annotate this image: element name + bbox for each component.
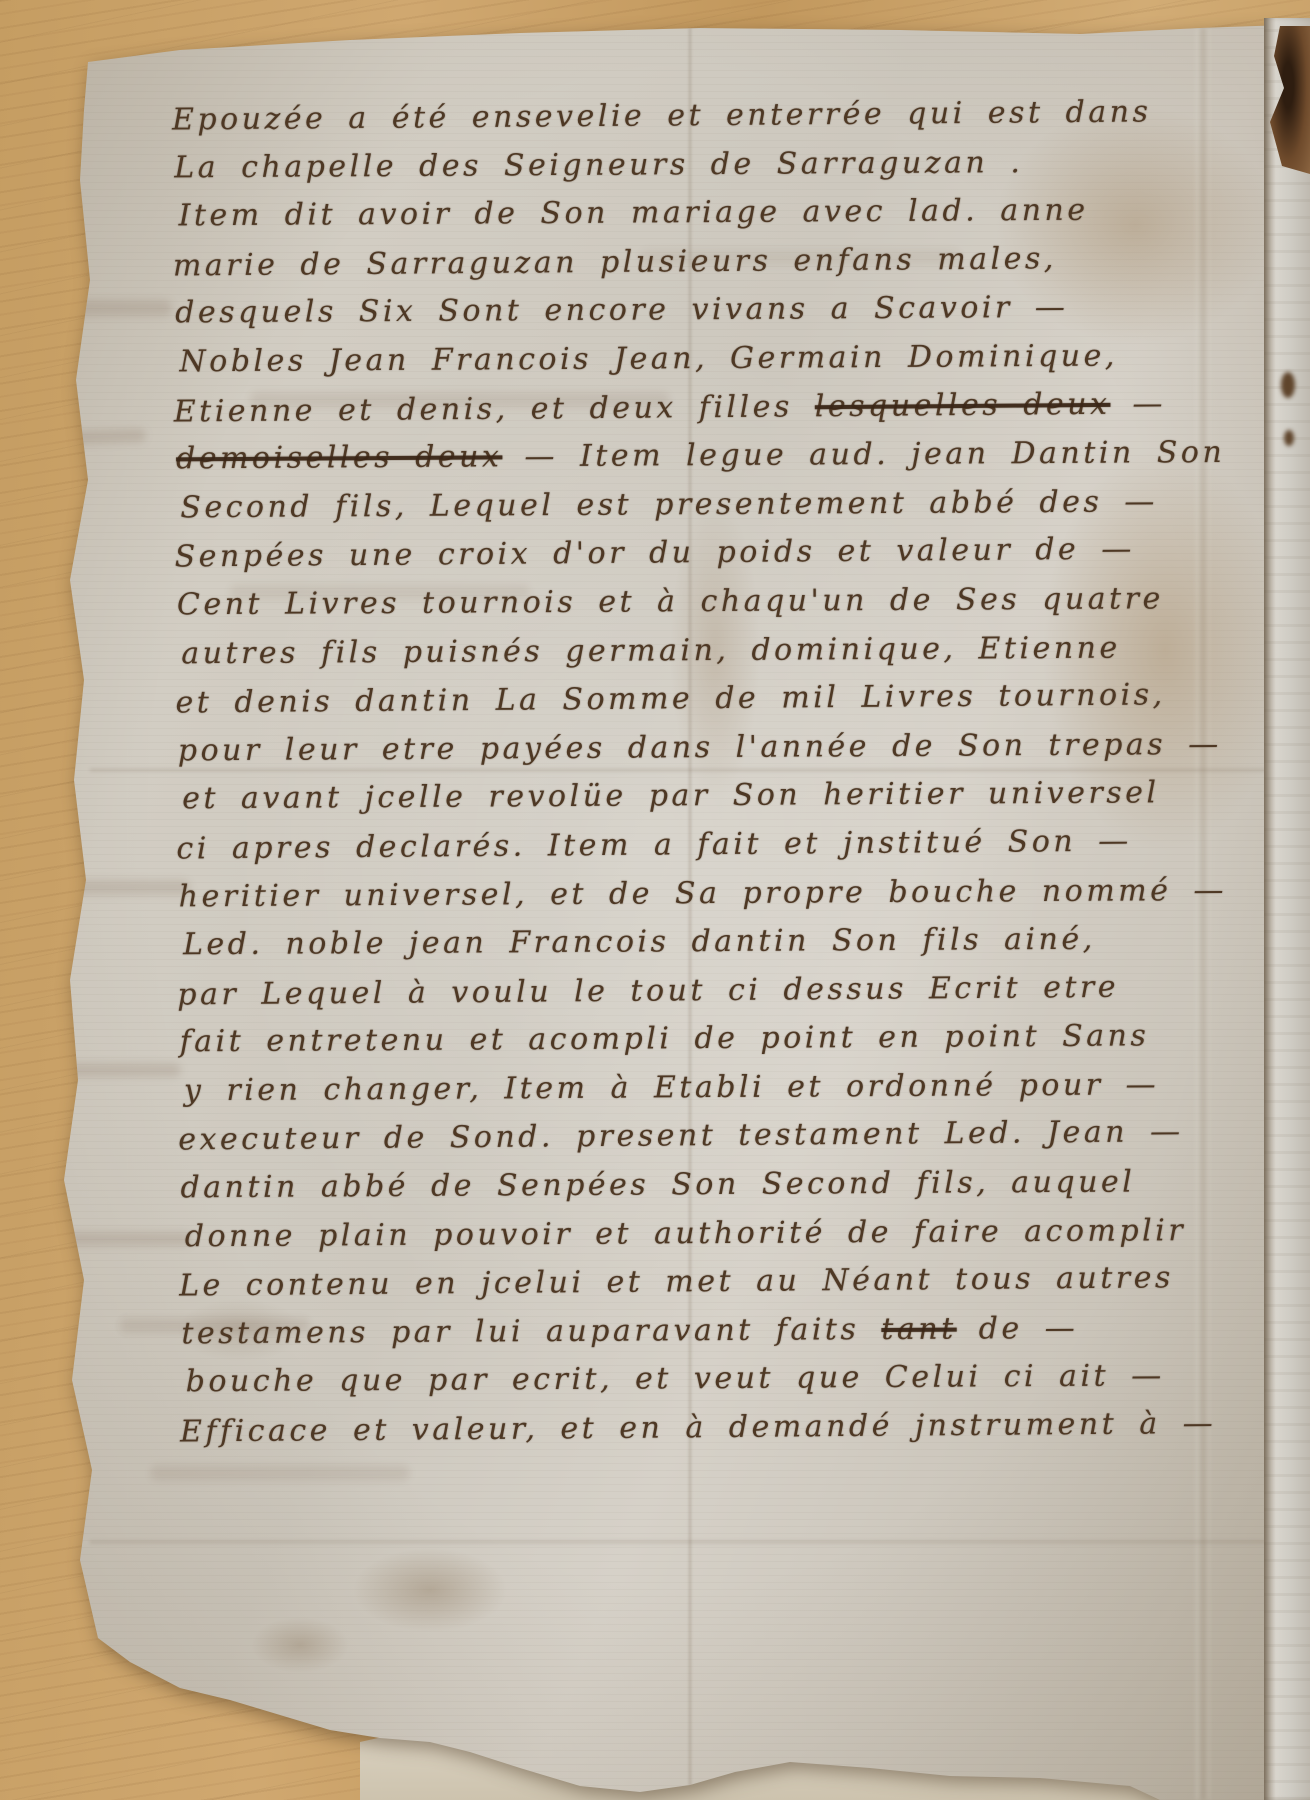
handwritten-text: et avant jcelle revolüe par Son heritier… bbox=[182, 776, 1160, 817]
manuscript-line: marie de Sarraguzan plusieurs enfans mal… bbox=[173, 233, 1265, 291]
manuscript-line: Etienne et denis, et deux filles lesquel… bbox=[174, 379, 1266, 437]
handwritten-text: Led. noble jean Francois dantin Son fils… bbox=[183, 922, 1096, 963]
handwritten-text: Efficace et valeur, et en à demandé jnst… bbox=[180, 1406, 1216, 1449]
manuscript-line: par Lequel à voulu le tout ci dessus Ecr… bbox=[177, 962, 1269, 1020]
manuscript-line: ci apres declarés. Item a fait et jnstit… bbox=[176, 816, 1268, 874]
handwritten-text: Cent Livres tournois et à chaqu'un de Se… bbox=[177, 581, 1164, 622]
manuscript-line: et denis dantin La Somme de mil Livres t… bbox=[175, 671, 1267, 729]
handwritten-text: Etienne et denis, et deux filles bbox=[174, 389, 815, 429]
manuscript-line: donne plain pouvoir et authorité de fair… bbox=[185, 1206, 1277, 1261]
handwritten-text: executeur de Sond. present testament Led… bbox=[178, 1115, 1184, 1158]
manuscript-page: Epouzée a été ensevelie et enterrée qui … bbox=[0, 0, 1310, 1800]
handwritten-text: Second fils, Lequel est presentement abb… bbox=[180, 484, 1158, 525]
handwritten-text: marie de Sarraguzan plusieurs enfans mal… bbox=[173, 241, 1057, 283]
handwritten-text: Le contenu en jcelui et met au Néant tou… bbox=[179, 1261, 1174, 1304]
manuscript-text: Epouzée a été ensevelie et enterrée qui … bbox=[174, 89, 1274, 1456]
handwritten-text: et denis dantin La Somme de mil Livres t… bbox=[175, 677, 1165, 720]
struck-text: tant bbox=[881, 1311, 957, 1346]
handwritten-text: La chapelle des Seigneurs de Sarraguzan … bbox=[174, 145, 1023, 185]
manuscript-line: pour leur etre payées dans l'année de So… bbox=[178, 720, 1270, 775]
page-edge-tear bbox=[1284, 430, 1294, 446]
handwritten-text: y rien changer, Item à Etabli et ordonné… bbox=[184, 1067, 1159, 1108]
manuscript-line: Led. noble jean Francois dantin Son fils… bbox=[183, 915, 1275, 970]
manuscript-line: Epouzée a été ensevelie et enterrée qui … bbox=[172, 88, 1264, 146]
handwritten-text: de — bbox=[957, 1311, 1079, 1347]
handwritten-text: pour leur etre payées dans l'année de So… bbox=[178, 727, 1222, 768]
handwritten-text: bouche que par ecrit, et veut que Celui … bbox=[186, 1359, 1165, 1400]
handwritten-text: Nobles Jean Francois Jean, Germain Domin… bbox=[179, 339, 1118, 380]
ink-showthrough bbox=[42, 300, 172, 316]
handwritten-text: Senpées une croix d'or du poids et valeu… bbox=[175, 532, 1135, 575]
ink-showthrough bbox=[46, 1063, 181, 1077]
handwritten-text: autres fils puisnés germain, dominique, … bbox=[181, 630, 1121, 671]
manuscript-line: La chapelle des Seigneurs de Sarraguzan … bbox=[174, 137, 1266, 192]
manuscript-line: dantin abbé de Senpées Son Second fils, … bbox=[180, 1158, 1272, 1213]
handwritten-text: par Lequel à voulu le tout ci dessus Ecr… bbox=[177, 969, 1119, 1012]
handwritten-text: heritier universel, et de Sa propre bouc… bbox=[179, 872, 1227, 913]
ink-showthrough bbox=[52, 1232, 192, 1246]
manuscript-line: testamens par lui auparavant faits tant … bbox=[181, 1303, 1273, 1358]
handwritten-text: desquels Six Sont encore vivans a Scavoi… bbox=[175, 290, 1068, 330]
manuscript-line: fait entretenu et acompli de point en po… bbox=[179, 1012, 1271, 1067]
manuscript-line: Cent Livres tournois et à chaqu'un de Se… bbox=[177, 575, 1269, 630]
handwritten-text: fait entretenu et acompli de point en po… bbox=[180, 1019, 1150, 1060]
handwritten-text: dantin abbé de Senpées Son Second fils, … bbox=[180, 1165, 1135, 1206]
handwritten-text: Epouzée a été ensevelie et enterrée qui … bbox=[172, 94, 1152, 137]
ink-showthrough bbox=[40, 880, 190, 895]
ink-showthrough bbox=[150, 1465, 410, 1481]
handwritten-text: — Item legue aud. jean Dantin Son bbox=[502, 435, 1225, 474]
manuscript-line: Second fils, Lequel est presentement abb… bbox=[180, 477, 1272, 532]
second-page-edge bbox=[1264, 18, 1310, 1800]
horizontal-crease bbox=[90, 1540, 1290, 1544]
manuscript-line: Le contenu en jcelui et met au Néant tou… bbox=[179, 1254, 1271, 1312]
manuscript-line: demoiselles deux — Item legue aud. jean … bbox=[176, 429, 1268, 484]
struck-text: lesquelles deux bbox=[815, 386, 1111, 423]
manuscript-line: y rien changer, Item à Etabli et ordonné… bbox=[184, 1061, 1276, 1116]
manuscript-line: Senpées une croix d'or du poids et valeu… bbox=[174, 525, 1266, 583]
handwritten-text: Item dit avoir de Son mariage avec lad. … bbox=[178, 193, 1088, 234]
manuscript-line: bouche que par ecrit, et veut que Celui … bbox=[186, 1352, 1278, 1407]
manuscript-line: autres fils puisnés germain, dominique, … bbox=[181, 623, 1273, 678]
manuscript-line: executeur de Sond. present testament Led… bbox=[178, 1108, 1270, 1166]
struck-text: demoiselles deux bbox=[176, 440, 503, 477]
manuscript-line: Nobles Jean Francois Jean, Germain Domin… bbox=[179, 332, 1271, 387]
handwritten-text: — bbox=[1110, 386, 1166, 421]
manuscript-line: Efficace et valeur, et en à demandé jnst… bbox=[180, 1400, 1272, 1458]
handwritten-text: donne plain pouvoir et authorité de fair… bbox=[185, 1213, 1187, 1254]
manuscript-line: Item dit avoir de Son mariage avec lad. … bbox=[178, 186, 1270, 241]
handwritten-text: testamens par lui auparavant faits bbox=[181, 1312, 881, 1351]
manuscript-line: desquels Six Sont encore vivans a Scavoi… bbox=[175, 283, 1267, 338]
manuscript-line: et avant jcelle revolüe par Son heritier… bbox=[182, 769, 1274, 824]
page-edge-tear bbox=[1281, 372, 1295, 398]
manuscript-page-wrapper: Epouzée a été ensevelie et enterrée qui … bbox=[0, 0, 1310, 1800]
handwritten-text: ci apres declarés. Item a fait et jnstit… bbox=[176, 824, 1132, 867]
manuscript-line: heritier universel, et de Sa propre bouc… bbox=[179, 866, 1271, 921]
